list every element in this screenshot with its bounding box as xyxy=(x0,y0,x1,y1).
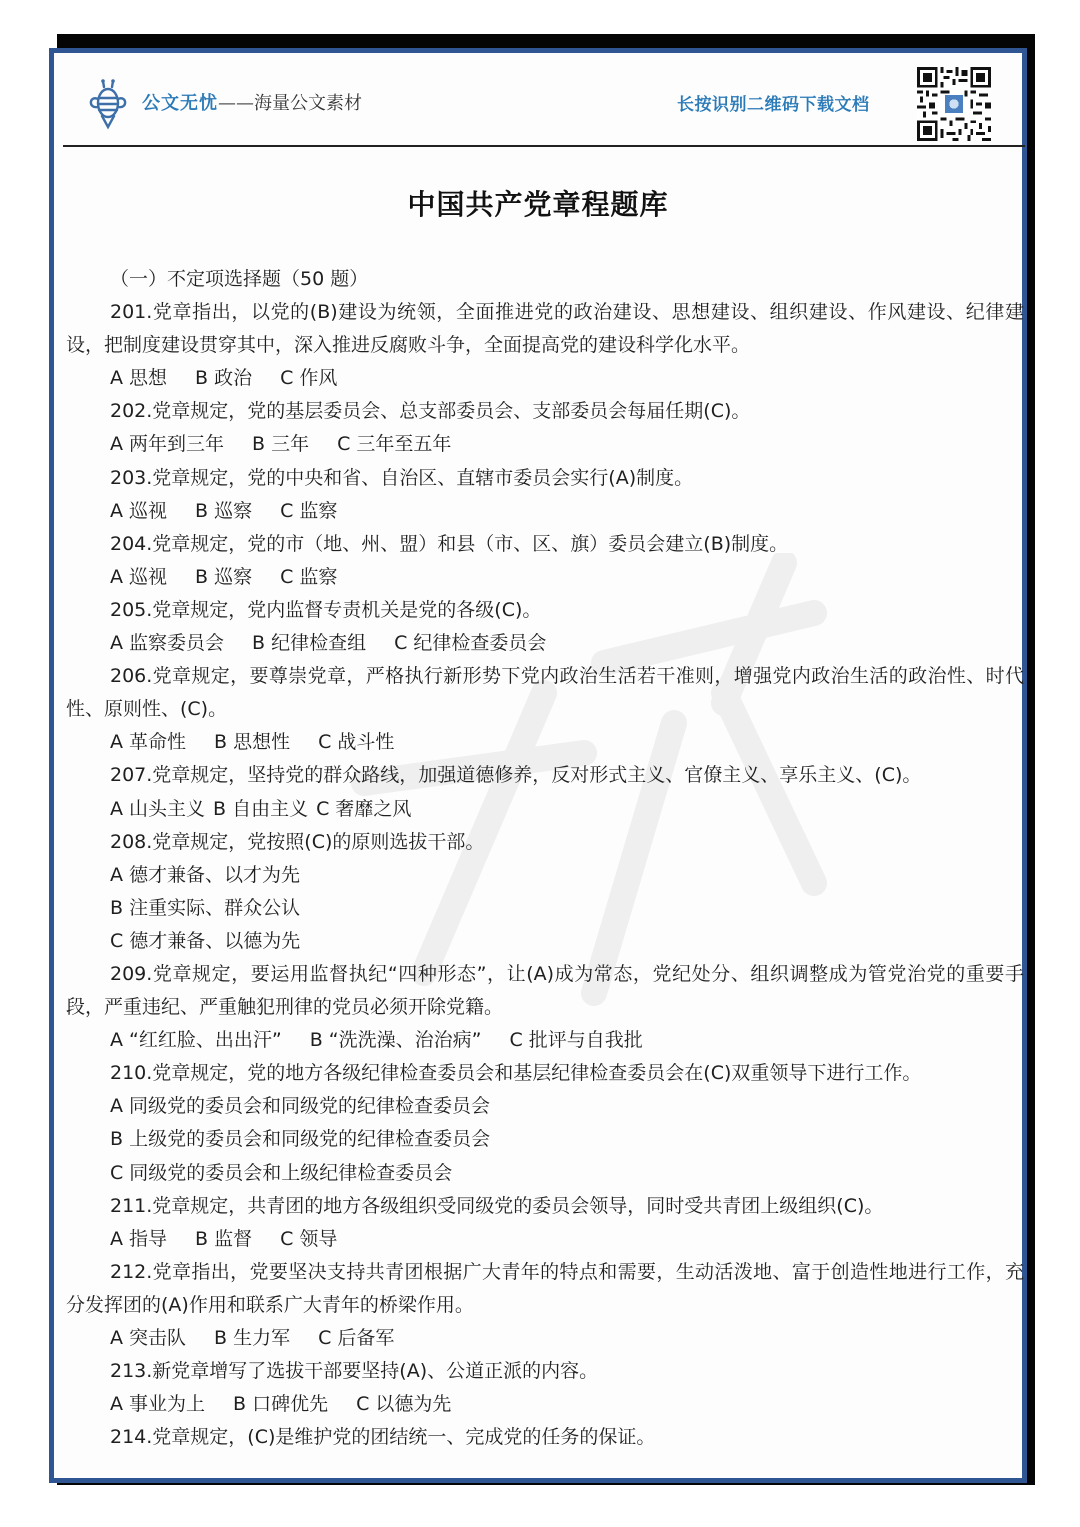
option-a: A 两年到三年 xyxy=(110,428,224,461)
option-a: A 同级党的委员会和同级党的纪律检查委员会 xyxy=(66,1090,1024,1123)
option-b: B 生力军 xyxy=(214,1322,290,1355)
brand-block: 公文无忧——海量公文素材 xyxy=(142,93,362,115)
option-a: A 监察委员会 xyxy=(110,627,224,660)
header-divider xyxy=(63,145,1025,147)
option-a: A 德才兼备、以才为先 xyxy=(66,859,1024,892)
option-a: A 革命性 xyxy=(110,726,186,759)
option-b: B 思想性 xyxy=(214,726,290,759)
option-b: B 自由主义 xyxy=(213,793,308,826)
document-title: 中国共产党章程题库 xyxy=(54,183,1022,223)
options-212: A 突击队B 生力军C 后备军 xyxy=(66,1322,1024,1355)
brand-name: 公文无忧 xyxy=(142,93,218,114)
option-a: A 事业为上 xyxy=(110,1388,205,1421)
options-203: A 巡视B 巡察C 监察 xyxy=(66,495,1024,528)
question-205: 205.党章规定，党内监督专责机关是党的各级(C)。 xyxy=(66,594,1024,627)
option-b: B 上级党的委员会和同级党的纪律检查委员会 xyxy=(66,1123,1024,1156)
option-b: B 政治 xyxy=(195,362,252,395)
option-a: A 山头主义 xyxy=(110,793,205,826)
option-b: B 注重实际、群众公认 xyxy=(66,892,1024,925)
options-204: A 巡视B 巡察C 监察 xyxy=(66,561,1024,594)
question-201: 201.党章指出，以党的(B)建设为统领，全面推进党的政治建设、思想建设、组织建… xyxy=(66,296,1024,362)
question-214: 214.党章规定，(C)是维护党的团结统一、完成党的任务的保证。 xyxy=(66,1421,1024,1454)
options-213: A 事业为上B 口碑优先C 以德为先 xyxy=(66,1388,1024,1421)
question-207: 207.党章规定，坚持党的群众路线，加强道德修养，反对形式主义、官僚主义、享乐主… xyxy=(66,759,1024,792)
question-206: 206.党章规定，要尊崇党章，严格执行新形势下党内政治生活若干准则，增强党内政治… xyxy=(66,660,1024,726)
bee-icon xyxy=(87,77,129,131)
option-c: C 奢靡之风 xyxy=(316,793,411,826)
options-202: A 两年到三年B 三年C 三年至五年 xyxy=(66,428,1024,461)
brand-tagline: 海量公文素材 xyxy=(254,93,362,114)
option-b: B 巡察 xyxy=(195,561,252,594)
option-c: C 批评与自我批 xyxy=(510,1024,643,1057)
option-c: C 同级党的委员会和上级纪律检查委员会 xyxy=(66,1157,1024,1190)
question-212: 212.党章指出，党要坚决支持共青团根据广大青年的特点和需要，生动活泼地、富于创… xyxy=(66,1256,1024,1322)
option-a: A 巡视 xyxy=(110,495,167,528)
brand-separator: —— xyxy=(218,93,254,114)
option-c: C 后备军 xyxy=(318,1322,394,1355)
option-c: C 纪律检查委员会 xyxy=(394,627,546,660)
option-b: B 纪律检查组 xyxy=(252,627,366,660)
option-a: A 巡视 xyxy=(110,561,167,594)
page-header: 公文无忧——海量公文素材 长按识别二维码下载文档 xyxy=(54,53,1022,147)
option-c: C 领导 xyxy=(280,1223,337,1256)
options-211: A 指导B 监督C 领导 xyxy=(66,1223,1024,1256)
options-205: A 监察委员会B 纪律检查组C 纪律检查委员会 xyxy=(66,627,1024,660)
question-208: 208.党章规定，党按照(C)的原则选拔干部。 xyxy=(66,826,1024,859)
option-c: C 德才兼备、以德为先 xyxy=(66,925,1024,958)
section-heading: （一）不定项选择题（50 题） xyxy=(66,263,1024,296)
option-b: B 三年 xyxy=(252,428,309,461)
question-list: （一）不定项选择题（50 题） 201.党章指出，以党的(B)建设为统领，全面推… xyxy=(66,263,1024,1454)
document-page: 公文无忧——海量公文素材 长按识别二维码下载文档 xyxy=(49,48,1027,1483)
option-a: A 指导 xyxy=(110,1223,167,1256)
option-b: B “洗洗澡、治治病” xyxy=(310,1024,482,1057)
options-207: A 山头主义B 自由主义C 奢靡之风 xyxy=(66,793,1024,826)
question-213: 213.新党章增写了选拔干部要坚持(A)、公道正派的内容。 xyxy=(66,1355,1024,1388)
qr-code-icon[interactable] xyxy=(917,67,991,141)
question-211: 211.党章规定，共青团的地方各级组织受同级党的委员会领导，同时受共青团上级组织… xyxy=(66,1190,1024,1223)
options-209: A “红红脸、出出汗”B “洗洗澡、治治病”C 批评与自我批 xyxy=(66,1024,1024,1057)
option-c: C 三年至五年 xyxy=(337,428,451,461)
option-c: C 监察 xyxy=(280,561,337,594)
option-a: A 思想 xyxy=(110,362,167,395)
option-b: B 巡察 xyxy=(195,495,252,528)
question-210: 210.党章规定，党的地方各级纪律检查委员会和基层纪律检查委员会在(C)双重领导… xyxy=(66,1057,1024,1090)
option-a: A “红红脸、出出汗” xyxy=(110,1024,282,1057)
option-c: C 战斗性 xyxy=(318,726,394,759)
options-201: A 思想B 政治C 作风 xyxy=(66,362,1024,395)
question-203: 203.党章规定，党的中央和省、自治区、直辖市委员会实行(A)制度。 xyxy=(66,462,1024,495)
question-209: 209.党章规定，要运用监督执纪“四种形态”，让(A)成为常态，党纪处分、组织调… xyxy=(66,958,1024,1024)
option-b: B 口碑优先 xyxy=(233,1388,328,1421)
option-c: C 作风 xyxy=(280,362,337,395)
option-c: C 监察 xyxy=(280,495,337,528)
option-b: B 监督 xyxy=(195,1223,252,1256)
question-204: 204.党章规定，党的市（地、州、盟）和县（市、区、旗）委员会建立(B)制度。 xyxy=(66,528,1024,561)
option-c: C 以德为先 xyxy=(356,1388,451,1421)
question-202: 202.党章规定，党的基层委员会、总支部委员会、支部委员会每届任期(C)。 xyxy=(66,395,1024,428)
option-a: A 突击队 xyxy=(110,1322,186,1355)
qr-hint-text: 长按识别二维码下载文档 xyxy=(677,94,870,116)
options-206: A 革命性B 思想性C 战斗性 xyxy=(66,726,1024,759)
